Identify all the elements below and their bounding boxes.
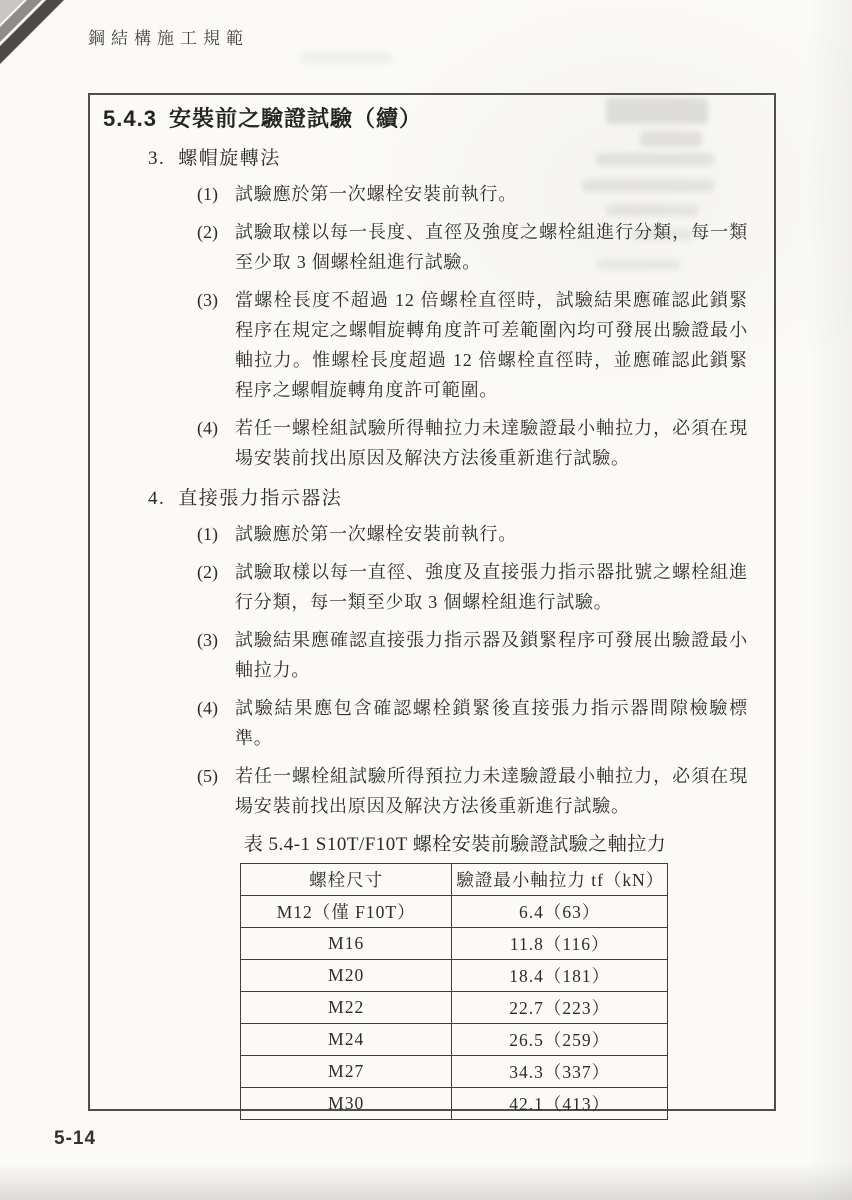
sub-item: (3) 當螺栓長度不超過 12 倍螺栓直徑時，試驗結果應確認此鎖緊程序在規定之螺… bbox=[197, 285, 774, 405]
subitem-text: 試驗結果應確認直接張力指示器及鎖緊程序可發展出驗證最小軸拉力。 bbox=[235, 625, 748, 685]
subitem-text: 試驗取樣以每一直徑、強度及直接張力指示器批號之螺栓組進行分類，每一類至少取 3 … bbox=[235, 557, 748, 617]
subitem-text: 若任一螺栓組試驗所得軸拉力未達驗證最小軸拉力，必須在現場安裝前找出原因及解決方法… bbox=[235, 413, 748, 473]
scanned-document-page: 鋼結構施工規範 5.4.3 安裝前之驗證試驗（續） 3. 螺帽旋轉法 (1) 試… bbox=[0, 0, 852, 1200]
table-header-cell: 螺栓尺寸 bbox=[241, 864, 452, 896]
content-box: 5.4.3 安裝前之驗證試驗（續） 3. 螺帽旋轉法 (1) 試驗應於第一次螺栓… bbox=[88, 93, 776, 1111]
table-row: M30 42.1（413） bbox=[241, 1088, 668, 1120]
page-number: 5-14 bbox=[54, 1128, 96, 1150]
subitem-number: (2) bbox=[197, 557, 235, 617]
item-number: 4. bbox=[148, 486, 165, 511]
section-heading: 5.4.3 安裝前之驗證試驗（續） bbox=[103, 105, 774, 133]
subitem-text: 試驗取樣以每一長度、直徑及強度之螺栓組進行分類，每一類至少取 3 個螺栓組進行試… bbox=[235, 217, 748, 277]
table-cell: 11.8（116） bbox=[452, 928, 668, 960]
subitem-text: 當螺栓長度不超過 12 倍螺栓直徑時，試驗結果應確認此鎖緊程序在規定之螺帽旋轉角… bbox=[235, 285, 748, 405]
sub-item: (2) 試驗取樣以每一長度、直徑及強度之螺栓組進行分類，每一類至少取 3 個螺栓… bbox=[197, 217, 774, 277]
table-row: M24 26.5（259） bbox=[241, 1024, 668, 1056]
subitem-number: (1) bbox=[197, 519, 235, 549]
table-cell: 34.3（337） bbox=[452, 1056, 668, 1088]
item-title-text: 螺帽旋轉法 bbox=[178, 146, 281, 171]
sub-item: (1) 試驗應於第一次螺栓安裝前執行。 bbox=[197, 519, 774, 549]
table-row: M16 11.8（116） bbox=[241, 928, 668, 960]
sub-item: (4) 試驗結果應包含確認螺栓鎖緊後直接張力指示器間隙檢驗標準。 bbox=[197, 693, 774, 753]
subitem-number: (4) bbox=[197, 693, 235, 753]
bleed-through-artifact bbox=[300, 52, 392, 64]
table-cell: M16 bbox=[241, 928, 452, 960]
table-header-row: 螺栓尺寸 驗證最小軸拉力 tf（kN） bbox=[241, 864, 668, 896]
table-header-cell: 驗證最小軸拉力 tf（kN） bbox=[452, 864, 668, 896]
bolt-tension-table: 螺栓尺寸 驗證最小軸拉力 tf（kN） M12（僅 F10T） 6.4（63） … bbox=[240, 863, 668, 1120]
table-cell: M22 bbox=[241, 992, 452, 1024]
table-cell: M30 bbox=[241, 1088, 452, 1120]
table-cell: M24 bbox=[241, 1024, 452, 1056]
list-item-4: 4. 直接張力指示器法 (1) 試驗應於第一次螺栓安裝前執行。 (2) 試驗取樣… bbox=[148, 486, 774, 821]
sub-item: (4) 若任一螺栓組試驗所得軸拉力未達驗證最小軸拉力，必須在現場安裝前找出原因及… bbox=[197, 413, 774, 473]
subitem-number: (1) bbox=[197, 179, 235, 209]
table-cell: 26.5（259） bbox=[452, 1024, 668, 1056]
table-row: M12（僅 F10T） 6.4（63） bbox=[241, 896, 668, 928]
table-cell: 42.1（413） bbox=[452, 1088, 668, 1120]
subitem-number: (3) bbox=[197, 285, 235, 405]
subitem-text: 試驗應於第一次螺栓安裝前執行。 bbox=[235, 179, 748, 209]
item-title: 4. 直接張力指示器法 bbox=[148, 486, 774, 511]
section-number: 5.4.3 bbox=[103, 105, 157, 133]
subitem-number: (2) bbox=[197, 217, 235, 277]
table-row: M20 18.4（181） bbox=[241, 960, 668, 992]
item-title-text: 直接張力指示器法 bbox=[178, 486, 342, 511]
subitem-text: 試驗應於第一次螺栓安裝前執行。 bbox=[235, 519, 748, 549]
table-caption: 表 5.4-1 S10T/F10T 螺栓安裝前驗證試驗之軸拉力 bbox=[230, 833, 680, 857]
sub-item: (1) 試驗應於第一次螺栓安裝前執行。 bbox=[197, 179, 774, 209]
subitem-text: 試驗結果應包含確認螺栓鎖緊後直接張力指示器間隙檢驗標準。 bbox=[235, 693, 748, 753]
running-header-title: 鋼結構施工規範 bbox=[88, 24, 249, 49]
sub-item: (3) 試驗結果應確認直接張力指示器及鎖緊程序可發展出驗證最小軸拉力。 bbox=[197, 625, 774, 685]
list-item-3: 3. 螺帽旋轉法 (1) 試驗應於第一次螺栓安裝前執行。 (2) 試驗取樣以每一… bbox=[148, 146, 774, 473]
subitem-number: (3) bbox=[197, 625, 235, 685]
table-cell: 18.4（181） bbox=[452, 960, 668, 992]
table-cell: 6.4（63） bbox=[452, 896, 668, 928]
table-cell: M20 bbox=[241, 960, 452, 992]
page-corner-decoration bbox=[0, 0, 80, 80]
subitem-text: 若任一螺栓組試驗所得預拉力未達驗證最小軸拉力，必須在現場安裝前找出原因及解決方法… bbox=[235, 761, 748, 821]
sub-item: (5) 若任一螺栓組試驗所得預拉力未達驗證最小軸拉力，必須在現場安裝前找出原因及… bbox=[197, 761, 774, 821]
subitem-number: (5) bbox=[197, 761, 235, 821]
table-cell: M27 bbox=[241, 1056, 452, 1088]
table-cell: M12（僅 F10T） bbox=[241, 896, 452, 928]
table-row: M27 34.3（337） bbox=[241, 1056, 668, 1088]
item-number: 3. bbox=[148, 146, 165, 171]
table-row: M22 22.7（223） bbox=[241, 992, 668, 1024]
subitem-number: (4) bbox=[197, 413, 235, 473]
table-cell: 22.7（223） bbox=[452, 992, 668, 1024]
sub-item: (2) 試驗取樣以每一直徑、強度及直接張力指示器批號之螺栓組進行分類，每一類至少… bbox=[197, 557, 774, 617]
item-title: 3. 螺帽旋轉法 bbox=[148, 146, 774, 171]
section-title: 安裝前之驗證試驗（續） bbox=[169, 105, 422, 133]
